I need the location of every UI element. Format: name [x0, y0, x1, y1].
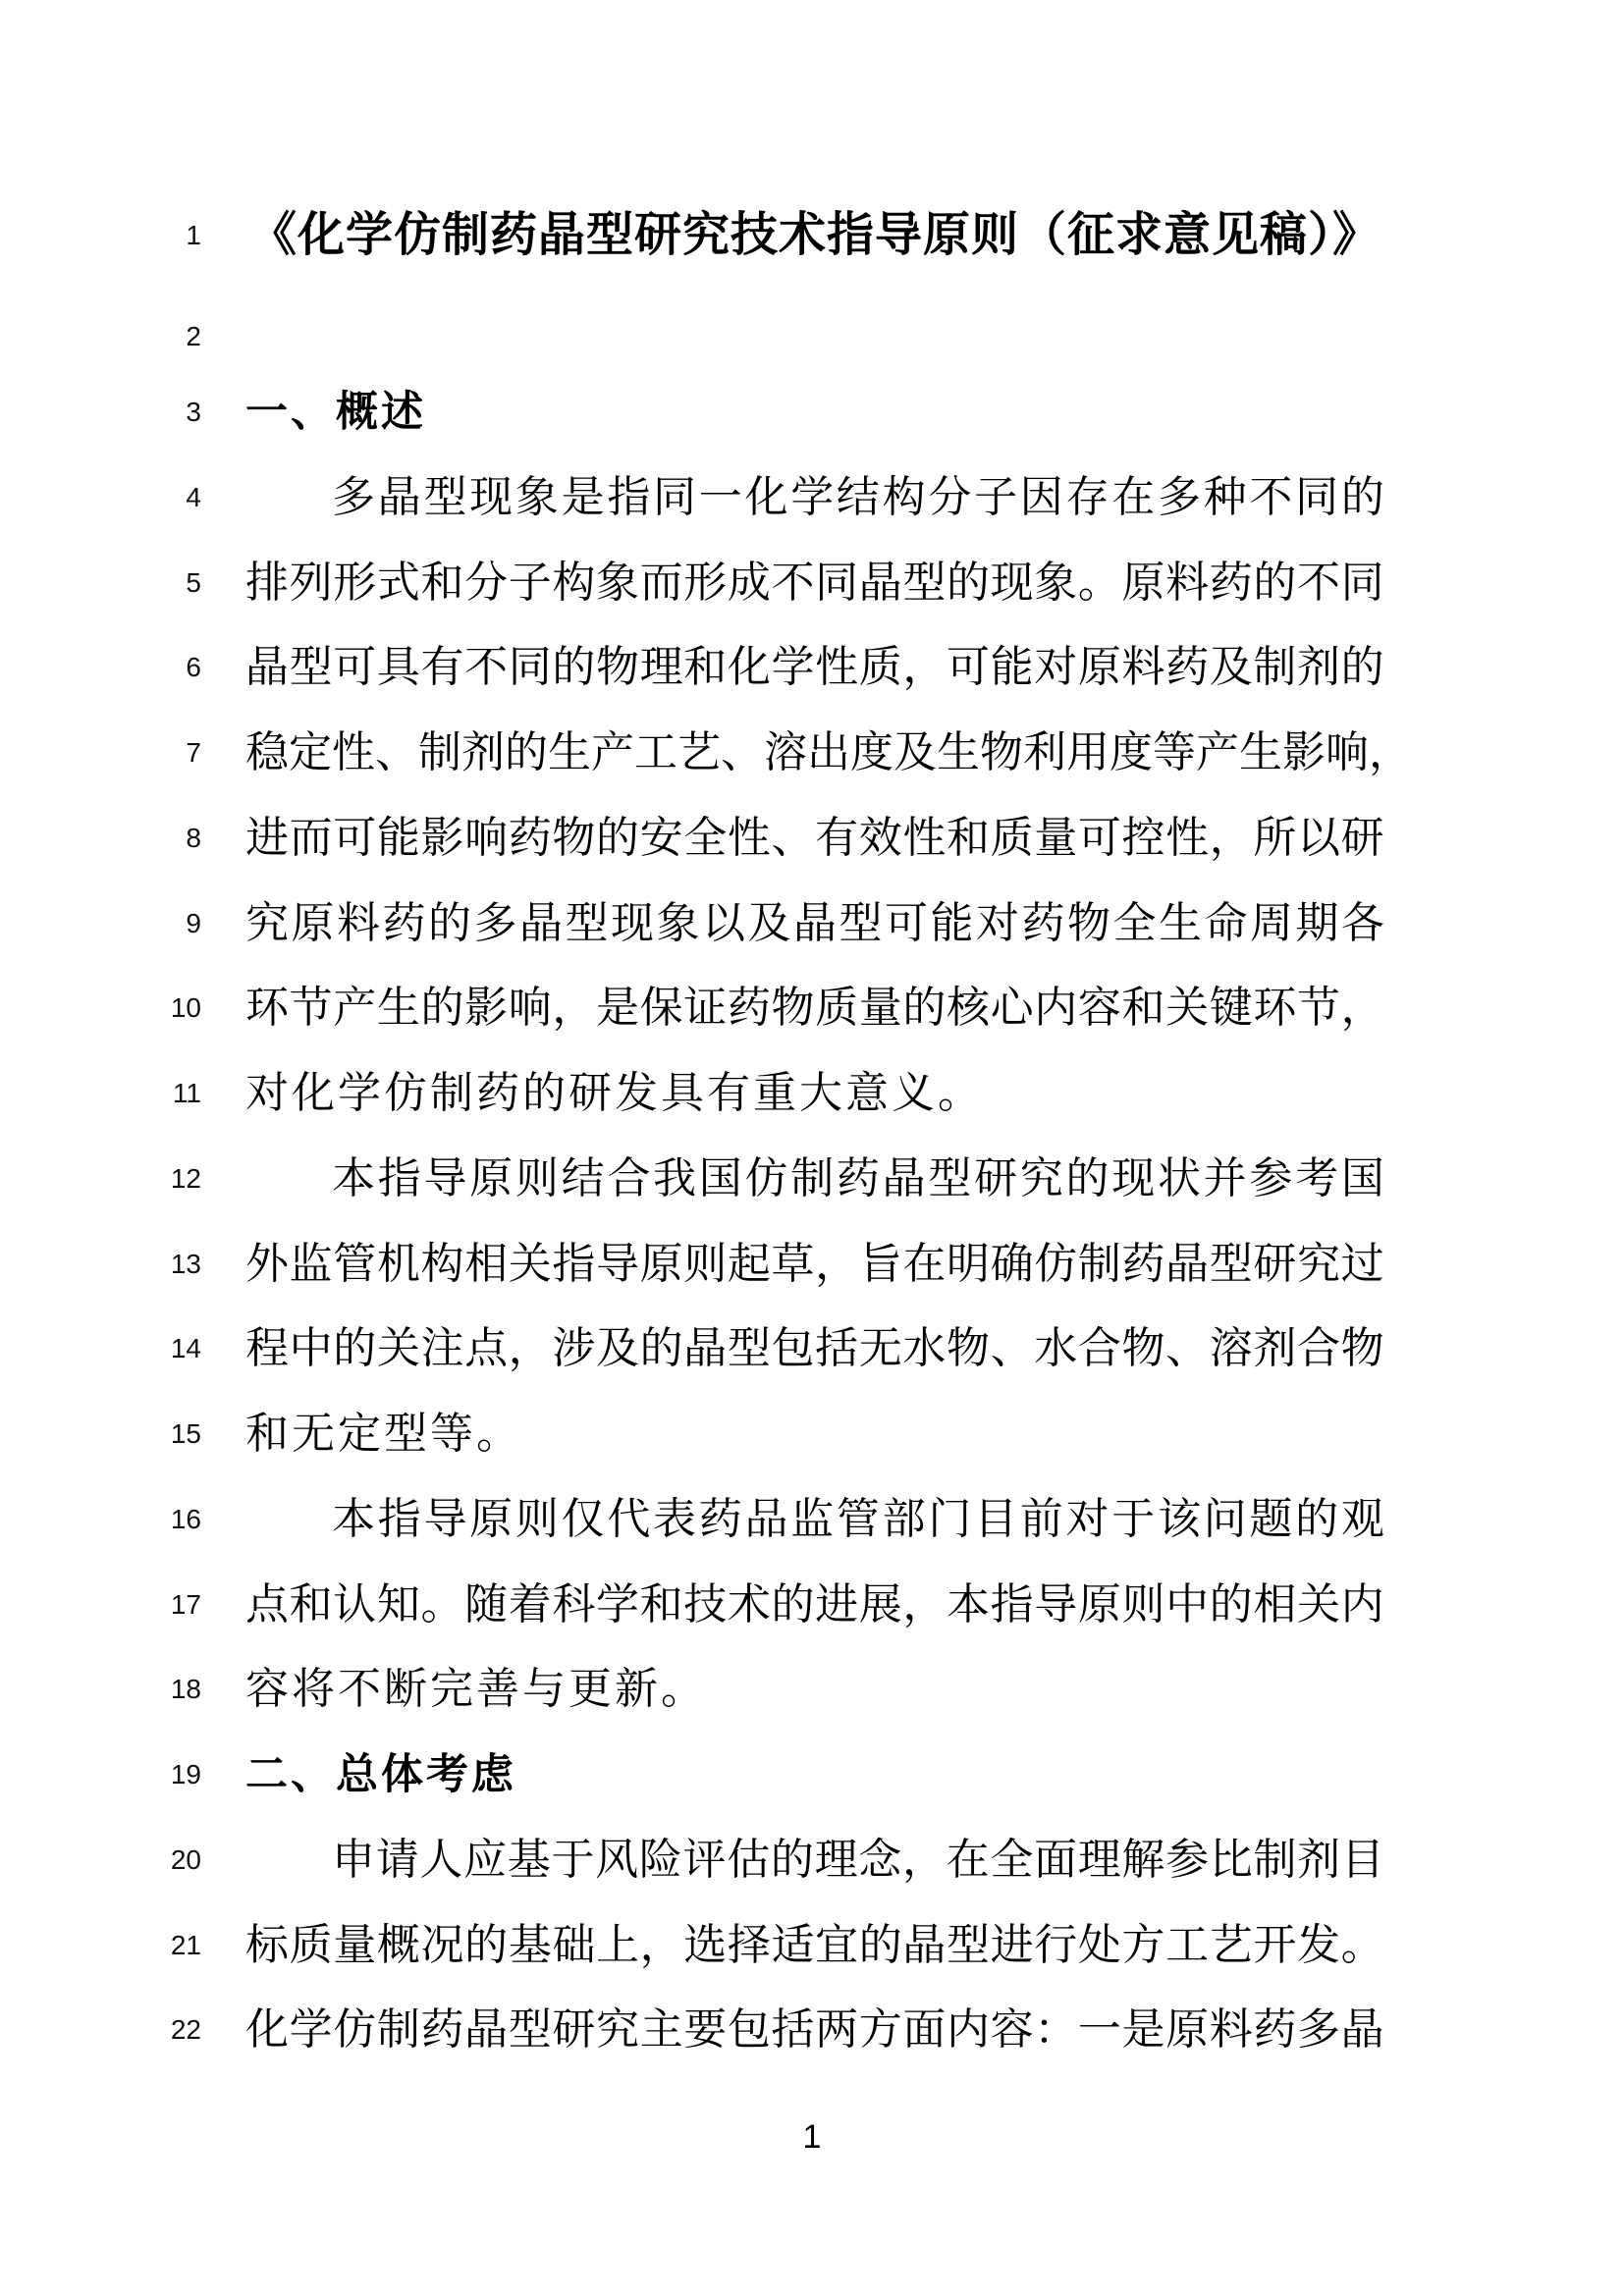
line-text: 外监管机构相关指导原则起草，旨在明确仿制药晶型研究过: [245, 1222, 1384, 1307]
doc-line: 4 多晶型现象是指同一化学结构分子因存在多种不同的: [0, 455, 1624, 540]
doc-line: 1 《化学仿制药晶型研究技术指导原则（征求意见稿）》: [0, 193, 1624, 278]
line-text: 进而可能影响药物的安全性、有效性和质量可控性，所以研: [245, 796, 1384, 881]
doc-line: 16 本指导原则仅代表药品监管部门目前对于该问题的观: [0, 1477, 1624, 1562]
line-number: 14: [0, 1307, 201, 1391]
doc-line: 22 化学仿制药晶型研究主要包括两方面内容：一是原料药多晶: [0, 1988, 1624, 2072]
doc-line: 2: [0, 294, 1624, 379]
line-number: 11: [0, 1051, 201, 1136]
line-text: 多晶型现象是指同一化学结构分子因存在多种不同的: [245, 455, 1384, 540]
doc-line: 8 进而可能影响药物的安全性、有效性和质量可控性，所以研: [0, 796, 1624, 881]
doc-line: 17 点和认知。随着科学和技术的进展，本指导原则中的相关内: [0, 1563, 1624, 1647]
line-number: 18: [0, 1647, 201, 1732]
line-number: 5: [0, 541, 201, 625]
line-text: 本指导原则仅代表药品监管部门目前对于该问题的观: [245, 1477, 1384, 1562]
document-page: 1 《化学仿制药晶型研究技术指导原则（征求意见稿）》 2 3 一、概述 4 多晶…: [0, 0, 1624, 2296]
doc-line: 7 稳定性、制剂的生产工艺、溶出度及生物利用度等产生影响，: [0, 711, 1624, 795]
doc-line: 12 本指导原则结合我国仿制药晶型研究的现状并参考国: [0, 1137, 1624, 1221]
line-number: 6: [0, 625, 201, 710]
doc-line: 21 标质量概况的基础上，选择适宜的晶型进行处方工艺开发。: [0, 1903, 1624, 1988]
doc-line: 5 排列形式和分子构象而形成不同晶型的现象。原料药的不同: [0, 541, 1624, 625]
doc-line: 9 究原料药的多晶型现象以及晶型可能对药物全生命周期各: [0, 881, 1624, 966]
line-text: 标质量概况的基础上，选择适宜的晶型进行处方工艺开发。: [245, 1903, 1384, 1988]
line-text: 容将不断完善与更新。: [245, 1647, 1384, 1732]
line-text: 究原料药的多晶型现象以及晶型可能对药物全生命周期各: [245, 881, 1384, 966]
line-number: 2: [0, 294, 201, 379]
line-number: 3: [0, 370, 201, 454]
line-number: 10: [0, 966, 201, 1050]
line-text: 和无定型等。: [245, 1392, 1384, 1476]
line-number: 20: [0, 1818, 201, 1902]
line-number: 4: [0, 455, 201, 540]
section-heading: 二、总体考虑: [245, 1733, 1384, 1817]
line-text: 化学仿制药晶型研究主要包括两方面内容：一是原料药多晶: [245, 1988, 1384, 2072]
line-number: 15: [0, 1392, 201, 1476]
line-text: 晶型可具有不同的物理和化学性质，可能对原料药及制剂的: [245, 625, 1384, 710]
line-text: 稳定性、制剂的生产工艺、溶出度及生物利用度等产生影响，: [245, 711, 1384, 795]
doc-line: 20 申请人应基于风险评估的理念，在全面理解参比制剂目: [0, 1818, 1624, 1902]
section-heading: 一、概述: [245, 370, 1384, 454]
line-text: 程中的关注点，涉及的晶型包括无水物、水合物、溶剂合物: [245, 1307, 1384, 1391]
line-text: 申请人应基于风险评估的理念，在全面理解参比制剂目: [245, 1818, 1384, 1902]
line-number: 22: [0, 1988, 201, 2072]
doc-line: 19 二、总体考虑: [0, 1733, 1624, 1817]
page-number: 1: [0, 2112, 1624, 2162]
line-text: 点和认知。随着科学和技术的进展，本指导原则中的相关内: [245, 1563, 1384, 1647]
document-title: 《化学仿制药晶型研究技术指导原则（征求意见稿）》: [245, 193, 1384, 278]
line-number: 13: [0, 1222, 201, 1307]
line-text: 对化学仿制药的研发具有重大意义。: [245, 1051, 1384, 1136]
line-number: 7: [0, 711, 201, 795]
line-text: 环节产生的影响，是保证药物质量的核心内容和关键环节，: [245, 966, 1384, 1050]
doc-line: 13 外监管机构相关指导原则起草，旨在明确仿制药晶型研究过: [0, 1222, 1624, 1307]
doc-line: 14 程中的关注点，涉及的晶型包括无水物、水合物、溶剂合物: [0, 1307, 1624, 1391]
line-number: 17: [0, 1563, 201, 1647]
doc-line: 11 对化学仿制药的研发具有重大意义。: [0, 1051, 1624, 1136]
line-number: 1: [0, 193, 201, 278]
line-number: 8: [0, 796, 201, 881]
line-number: 12: [0, 1137, 201, 1221]
doc-line: 18 容将不断完善与更新。: [0, 1647, 1624, 1732]
line-text: 排列形式和分子构象而形成不同晶型的现象。原料药的不同: [245, 541, 1384, 625]
doc-line: 15 和无定型等。: [0, 1392, 1624, 1476]
line-text: 本指导原则结合我国仿制药晶型研究的现状并参考国: [245, 1137, 1384, 1221]
line-number: 21: [0, 1903, 201, 1988]
doc-line: 3 一、概述: [0, 370, 1624, 454]
line-text: [245, 294, 1384, 379]
line-number: 9: [0, 881, 201, 966]
doc-line: 6 晶型可具有不同的物理和化学性质，可能对原料药及制剂的: [0, 625, 1624, 710]
line-number: 19: [0, 1733, 201, 1817]
line-number: 16: [0, 1477, 201, 1562]
doc-line: 10 环节产生的影响，是保证药物质量的核心内容和关键环节，: [0, 966, 1624, 1050]
